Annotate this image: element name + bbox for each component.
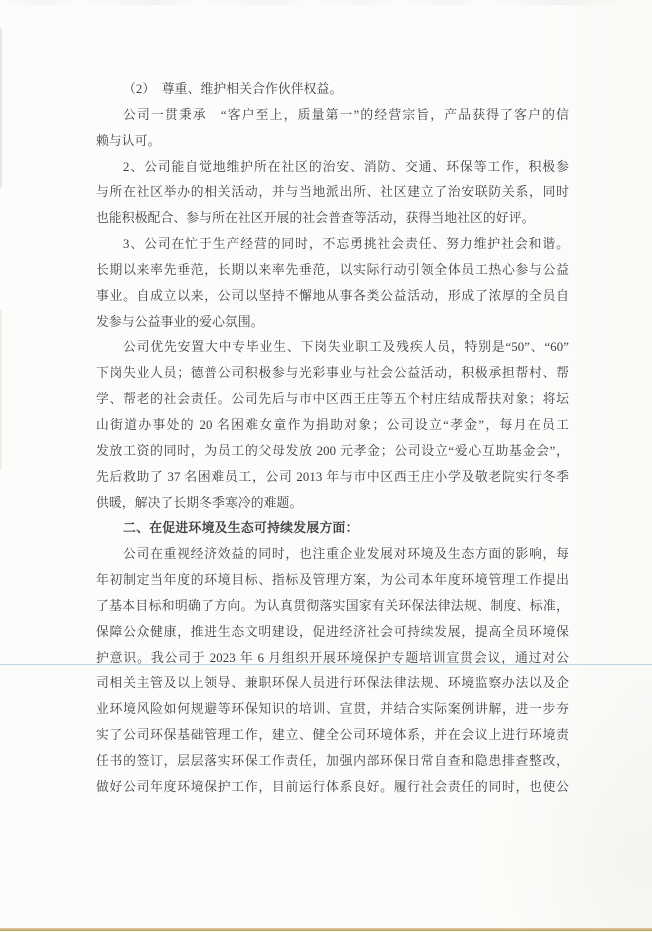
text-line: 发参与公益事业的爱心氛围。 <box>96 310 569 336</box>
text-line: 司相关主管及以上领导、兼职环保人员进行环保法律法规、环境监察办法以及企 <box>96 671 569 697</box>
text-line: 与所在社区举办的相关活动，并与当地派出所、社区建立了治安联防关系，同时 <box>96 180 569 206</box>
section-heading: 二、在促进环境及生态可持续发展方面： <box>96 516 569 542</box>
text-line: 山街道办事处的 20 名困难女童作为捐助对象；公司设立“孝金”，每月在员工 <box>96 413 569 439</box>
text-line: 2、公司能自觉地维护所在社区的治安、消防、交通、环保等工作，积极参 <box>96 155 569 181</box>
scan-artifact-line <box>0 664 652 665</box>
text-line: 保障公众健康，推进生态文明建设，促进经济社会可持续发展，提高全员环境保 <box>96 620 569 646</box>
document-text: （2） 尊重、维护相关合作伙伴权益。 公司一贯秉承 “客户至上，质量第一”的经营… <box>96 77 569 801</box>
text-line: 公司在重视经济效益的同时，也注重企业发展对环境及生态方面的影响，每 <box>96 542 569 568</box>
text-line: 赖与认可。 <box>96 129 569 155</box>
page-bottom-edge <box>0 928 652 931</box>
text-line: 3、公司在忙于生产经营的同时，不忘勇挑社会责任、努力维护社会和谐。 <box>96 232 569 258</box>
text-line: 供暖，解决了长期冬季寒冷的难题。 <box>96 491 569 517</box>
text-line: 业环境风险如何规避等环保知识的培训、宣贯，并结合实际案例讲解，进一步夯 <box>96 697 569 723</box>
text-line: 也能积极配合、参与所在社区开展的社会普查等活动，获得当地社区的好评。 <box>96 206 569 232</box>
text-line: 事业。自成立以来，公司以坚持不懈地从事各类公益活动，形成了浓厚的全员自 <box>96 284 569 310</box>
text-line: 发放工资的同时，为员工的父母发放 200 元孝金；公司设立“爱心互助基金会”， <box>96 439 569 465</box>
text-line: 任书的签订，层层落实环保工作责任，加强内部环保日常自查和隐患排查整改， <box>96 749 569 775</box>
text-line: （2） 尊重、维护相关合作伙伴权益。 <box>96 77 569 103</box>
text-line: 学、帮老的社会责任。公司先后与市中区西王庄等五个村庄结成帮扶对象；将坛 <box>96 387 569 413</box>
text-line: 下岗失业人员；德普公司积极参与光彩事业与社会公益活动，积极承担帮村、帮 <box>96 361 569 387</box>
text-line: 做好公司年度环境保护工作，目前运行体系良好。履行社会责任的同时，也使公 <box>96 775 569 801</box>
document-page: （2） 尊重、维护相关合作伙伴权益。 公司一贯秉承 “客户至上，质量第一”的经营… <box>0 0 652 932</box>
text-line: 公司优先安置大中专毕业生、下岗失业职工及残疾人员，特别是“50”、“60” <box>96 335 569 361</box>
text-line: 先后救助了 37 名困难员工，公司 2013 年与市中区西王庄小学及敬老院实行冬… <box>96 465 569 491</box>
text-line: 护意识。我公司于 2023 年 6 月组织开展环境保护专题培训宣贯会议，通过对公 <box>96 646 569 672</box>
text-line: 长期以来率先垂范，长期以来率先垂范，以实际行动引领全体员工热心参与公益 <box>96 258 569 284</box>
text-line: 了基本目标和明确了方向。为认真贯彻落实国家有关环保法律法规、制度、标准， <box>96 594 569 620</box>
text-line: 公司一贯秉承 “客户至上，质量第一”的经营宗旨，产品获得了客户的信 <box>96 103 569 129</box>
scan-edge-streak <box>0 310 2 470</box>
text-line: 实了公司环保基础管理工作，建立、健全公司环境体系，并在会议上进行环境责 <box>96 723 569 749</box>
scan-top-smudge <box>0 0 652 5</box>
text-line: 年初制定当年度的环境目标、指标及管理方案，为公司本年度环境管理工作提出 <box>96 568 569 594</box>
scan-edge-streak <box>0 28 2 188</box>
